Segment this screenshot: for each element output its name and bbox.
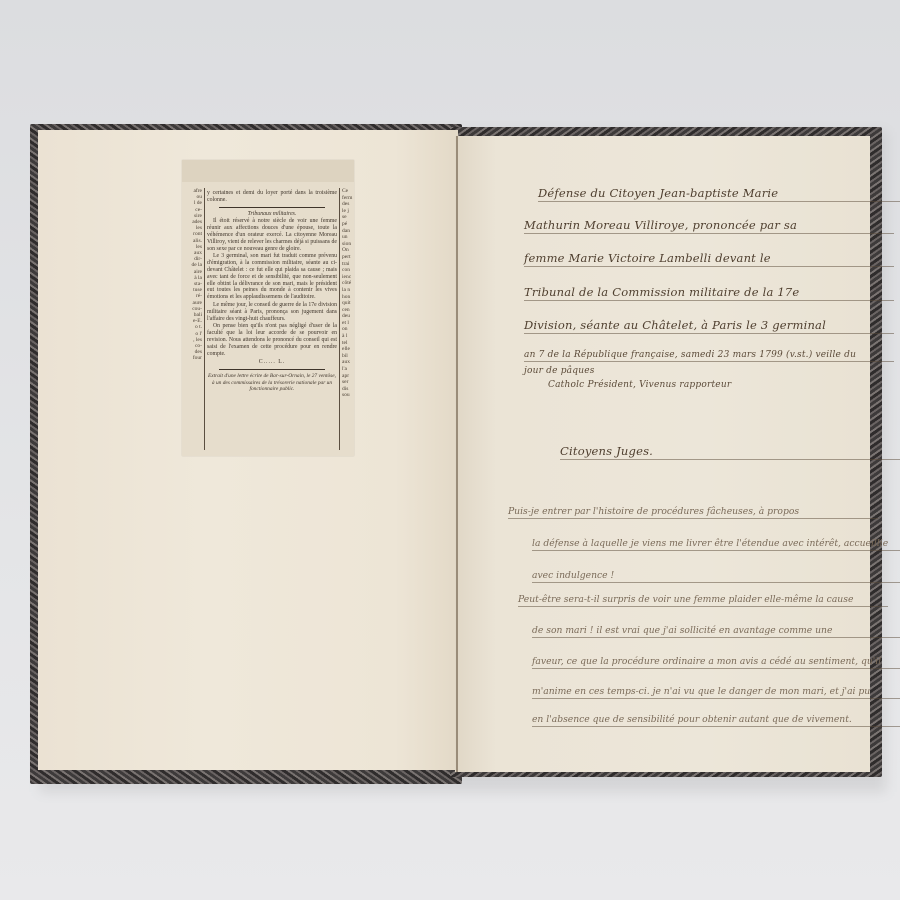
column-fragment-text: elle (342, 346, 354, 353)
column-fragment-text: à l (342, 333, 354, 340)
manuscript-salutation: Citoyens Juges. (560, 444, 900, 460)
column-fragment-text: des (342, 201, 354, 208)
clipping-divider (219, 369, 325, 370)
manuscript-body-line: m'anime en ces temps-ci. je n'ai vu que … (532, 686, 900, 699)
manuscript-heading-line: Défense du Citoyen Jean-baptiste Marie (538, 186, 900, 202)
clipping-paragraph: Le 3 germinal, son mari fut traduit comm… (207, 253, 337, 301)
manuscript-body-line: de son mari ! il est vrai que j'ai solli… (532, 625, 900, 638)
column-fragment-text: four (184, 355, 202, 361)
manuscript-body-line: avec indulgence ! (532, 570, 900, 583)
newspaper-clipping: afreoul dece-sireadeslesrontalis.lesauxd… (182, 160, 354, 456)
column-fragment-text: et l (342, 320, 354, 327)
clipping-paragraph: On pense bien qu'ils n'ont pas négligé d… (207, 323, 337, 357)
column-fragment-text: un (342, 234, 354, 241)
manuscript-heading-line: Division, séante au Châtelet, à Paris le… (524, 318, 894, 334)
column-fragment-text: hon (342, 294, 354, 301)
clipping-heading: Tribunaux militaires. (207, 211, 337, 218)
column-fragment-text: Ce (342, 188, 354, 195)
column-fragment-text: quit (342, 300, 354, 307)
column-fragment-text: trai (342, 261, 354, 268)
clipping-paragraph: Le même jour, le conseil de guerre de la… (207, 302, 337, 322)
column-fragment-text: sou (342, 392, 354, 399)
manuscript-heading-line: an 7 de la République française, samedi … (524, 350, 894, 362)
column-rule (204, 188, 205, 450)
column-fragment-text: apr (342, 373, 354, 380)
manuscript-body-line: en l'absence que de sensibilité pour obt… (532, 714, 900, 727)
column-fragment-text: côté (342, 280, 354, 287)
manuscript-heading-line: femme Marie Victoire Lambelli devant le (524, 251, 894, 267)
column-fragment-text: l'a (342, 366, 354, 373)
column-fragment-text: tel (342, 340, 354, 347)
clipping-signature: C..... L. (207, 359, 337, 366)
column-fragment-text: bil (342, 353, 354, 360)
column-fragment-text: On (342, 247, 354, 254)
manuscript-body-line: Peut-être sera-t-il surpris de voir une … (518, 594, 888, 607)
clipping-left-column-fragment: afreoul dece-sireadeslesrontalis.lesauxd… (184, 188, 202, 362)
column-fragment-text: le j (342, 208, 354, 215)
clipping-paragraph: Il étoit réservé à notre siècle de voir … (207, 218, 337, 252)
clipping-main-column: y certaines et demi du loyer porté dans … (207, 190, 337, 392)
clipping-right-column-fragment: Cefermdesle jsepédanunsionOnperttraiconi… (342, 188, 354, 399)
manuscript-officials-line: Catholc Président, Vivenus rapporteur (548, 380, 900, 390)
manuscript-body-line: Puis-je entrer par l'histoire de procédu… (508, 506, 878, 519)
clipping-top-strip (182, 160, 354, 182)
clipping-divider (219, 207, 325, 208)
column-fragment-text: se (342, 214, 354, 221)
column-fragment-text: ser (342, 379, 354, 386)
column-fragment-text: on (342, 326, 354, 333)
manuscript-heading-line: jour de pâques (524, 366, 894, 376)
manuscript-body-line: la défense à laquelle je viens me livrer… (532, 538, 900, 551)
book-spine (456, 136, 458, 772)
column-fragment-text: dan (342, 228, 354, 235)
manuscript-heading-line: Mathurin Moreau Villiroye, prononcée par… (524, 218, 894, 234)
column-fragment-text: deu (342, 313, 354, 320)
manuscript-heading-line: Tribunal de la Commission militaire de l… (524, 285, 894, 301)
clipping-footer: Extrait d'une lettre écrite de Bar-sur-O… (207, 373, 337, 392)
column-fragment-text: cen (342, 307, 354, 314)
column-fragment-text: sion (342, 241, 354, 248)
column-fragment-text: la n (342, 287, 354, 294)
clipping-top-line: y certaines et demi du loyer porté dans … (207, 190, 337, 204)
column-fragment-text: pert (342, 254, 354, 261)
column-fragment-text: pé (342, 221, 354, 228)
manuscript-body-line: faveur, ce que la procédure ordinaire a … (532, 656, 900, 669)
column-fragment-text: ienc (342, 274, 354, 281)
column-fragment-text: dis (342, 386, 354, 393)
column-fragment-text: con (342, 267, 354, 274)
column-rule (339, 188, 340, 450)
column-fragment-text: aux (342, 359, 354, 366)
column-fragment-text: ferm (342, 195, 354, 202)
